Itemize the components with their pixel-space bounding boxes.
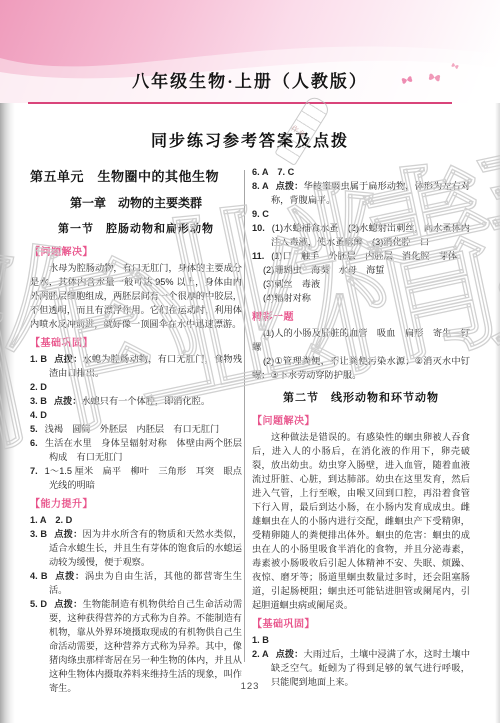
answer-item: 4. D [30, 409, 242, 423]
butterfly-icon [427, 70, 442, 85]
answer-paragraph: 这种做法是错误的。有感染性的蛔虫卵被人吞食后，进入人的小肠后，在消化液的作用下，… [252, 431, 470, 613]
answer-item: 3. B点拨：因为井水所含有的物质和天然水类似，适合水螅生长，并且生有芽体的饱食… [30, 528, 242, 570]
answer-number: 1. A 2. D [30, 515, 72, 525]
section-label: 【问题解决】 [252, 414, 470, 429]
page-title: 同步练习参考答案及点拨 [0, 128, 500, 151]
tip-prefix: 点拨： [54, 354, 82, 364]
answer-subitem: (2)珊瑚虫 海葵 水母 海蜇 [252, 264, 470, 278]
answer-item: 1. B [252, 634, 470, 648]
answer-item: 7.1～1.5 厘米 扁平 柳叶 三角形 耳突 眼点 光线的明暗 [30, 465, 242, 493]
unit-heading: 第五单元 生物圈中的其他生物 [30, 167, 242, 187]
answer-subitem: (1)人的小肠及肝脏的血管 吸血 扁形 寄生 钉螺 [252, 327, 470, 355]
header-band: 八年级生物·上册（人教版） [0, 0, 500, 103]
section-heading: 第一节 腔肠动物和扁形动物 [30, 221, 242, 238]
answer-item: 8. A点拨：华枝睾吸虫属于扁形动物，体形为左右对称，背腹扁平。 [252, 180, 470, 208]
answer-subitem: (4)辐射对称 [252, 292, 470, 306]
answer-item: 6.生活在水里 身体呈辐射对称 体壁由两个胚层构成 有口无肛门 [30, 437, 242, 465]
answer-number: 2. D [30, 382, 47, 392]
scan-edge-shadow-left [0, 0, 15, 723]
tip-prefix: 点拨： [276, 649, 304, 659]
answer-number: 3. B [30, 529, 47, 539]
answer-number: 2. A [252, 649, 269, 659]
answer-number: 5. D [30, 599, 47, 609]
answer-number: 10. [252, 223, 265, 233]
scan-edge-shadow-right [495, 0, 500, 723]
book-edition-title: 八年级生物·上册（人教版） [0, 67, 500, 92]
answer-item: 1. A 2. D [30, 514, 242, 528]
tip-prefix: 点拨： [54, 599, 82, 609]
section-label: 【基础巩固】 [30, 336, 242, 351]
left-column: 第五单元 生物圈中的其他生物第一章 动物的主要类群第一节 腔肠动物和扁形动物【问… [30, 166, 242, 696]
answer-number: 11. [252, 251, 264, 261]
answer-number: 7. [30, 466, 38, 476]
tip-prefix: 点拨： [54, 396, 82, 406]
answer-item: 2. D [30, 381, 242, 395]
answer-item: 10.(1)水螅捕食水蚤 (2)水螅射出刺丝，向水蚤体内注入毒液，使水蚤麻醉 (… [252, 222, 470, 250]
chapter-heading: 第一章 动物的主要类群 [30, 194, 242, 212]
stamp-text: 作业 [289, 123, 308, 140]
answer-number: 8. A [252, 181, 269, 191]
answer-item: 4. B点拨：涡虫为自由生活，其他的都营寄生生活。 [30, 570, 242, 598]
answer-paragraph: 水母为腔肠动物，有口无肛门，身体的主要成分是水，其体内含水量一般可达 95% 以… [30, 262, 242, 332]
answer-item: 3. B点拨：水螅只有一个体腔，即消化腔。 [30, 395, 242, 409]
answer-subitem: (2)①管理粪便，不让粪便污染水源；②消灭水中钉螺；③下水劳动穿防护服。 [252, 355, 470, 383]
answer-number: 1. B [252, 635, 269, 645]
answer-item: 5.浅褐 圆筒 外胚层 内胚层 有口无肛门 [30, 423, 242, 437]
answer-number: 6. A 7. C [252, 167, 294, 177]
section-label: 【能力提升】 [30, 497, 242, 512]
answer-number: 4. D [30, 410, 47, 420]
band-underline [28, 102, 452, 104]
book-page: 八年级生物·上册（人教版） 同步练习参考答案及点拨 作业 第五单元 生物圈中的其… [0, 0, 500, 723]
tip-prefix: 点拨： [276, 181, 304, 191]
answer-item: 9. C [252, 208, 470, 222]
right-column: 6. A 7. C8. A点拨：华枝睾吸虫属于扁形动物，体形为左右对称，背腹扁平… [252, 166, 470, 690]
answer-number: 5. [30, 424, 38, 434]
page-number: 123 [0, 681, 500, 692]
answer-subitem: (3)刺丝 毒液 [252, 278, 470, 292]
answer-number: 1. B [30, 354, 47, 364]
tip-prefix: 点拨： [55, 571, 85, 581]
answer-number: 3. B [30, 396, 47, 406]
answer-number: 9. C [252, 209, 269, 219]
section-label: 【问题解决】 [30, 245, 242, 260]
answer-item: 1. B点拨：水螅为腔肠动物，有口无肛门，食物残渣由口排出。 [30, 353, 242, 381]
section-label: 【基础巩固】 [252, 617, 470, 632]
answer-item: 11.(1)口 触手 外胚层 内胚层 消化腔 芽体 [252, 250, 470, 264]
tip-prefix: 点拨： [54, 529, 82, 539]
section-label: 精彩一题 [252, 310, 470, 325]
column-divider [244, 170, 245, 662]
answer-number: 6. [30, 438, 38, 448]
answer-item: 6. A 7. C [252, 166, 470, 180]
section-heading: 第二节 线形动物和环节动物 [252, 390, 470, 407]
answer-number: 4. B [30, 571, 48, 581]
